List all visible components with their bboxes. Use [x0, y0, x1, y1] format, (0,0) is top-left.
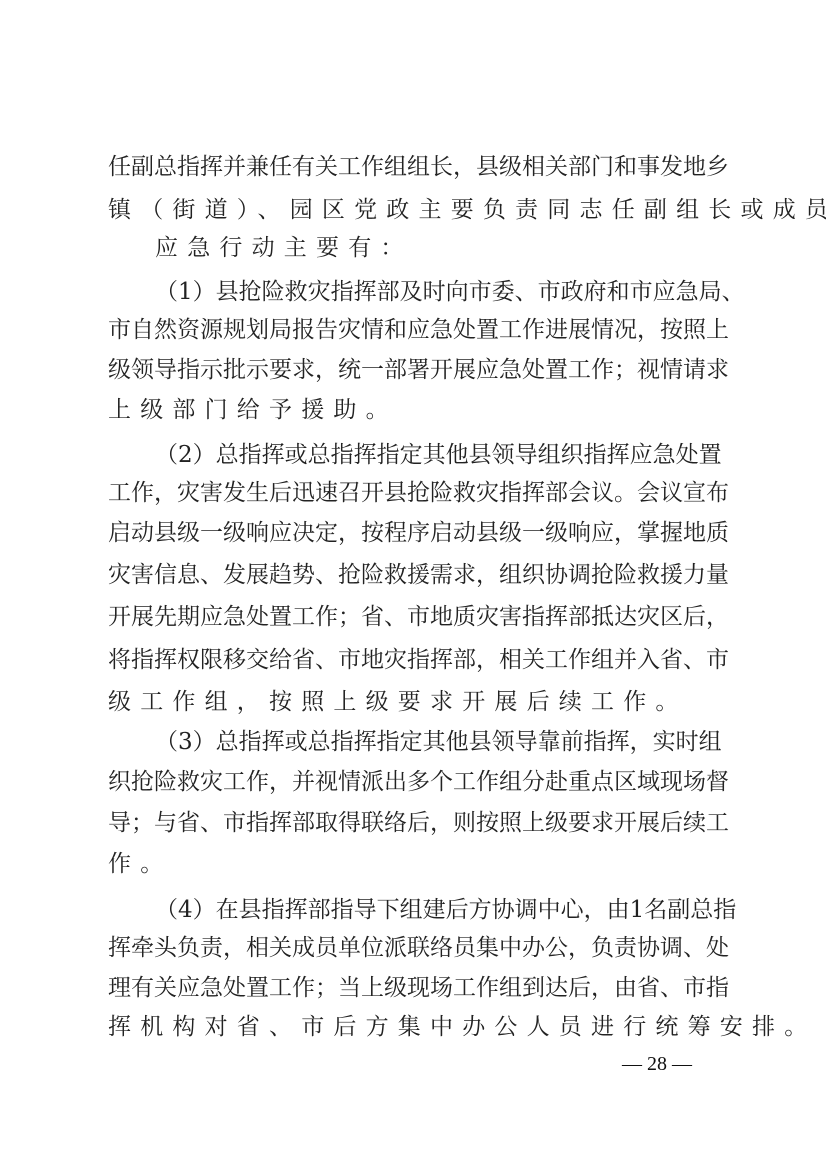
item-1-line-4: 上级部门给予援助。 — [108, 395, 720, 425]
item-2-line-2: 工作，灾害发生后迅速召开县抢险救灾指挥部会议。会议宣布 — [108, 478, 720, 508]
item-2-line-5: 开展先期应急处置工作；省、市地质灾害指挥部抵达灾区后， — [108, 602, 720, 632]
item-4-line-2: 挥牵头负责，相关成员单位派联络员集中办公，负责协调、处 — [108, 933, 720, 963]
page-number: — 28 — — [622, 1050, 712, 1078]
item-2-line-7: 级工作组，按照上级要求开展后续工作。 — [108, 687, 720, 717]
document-page: 任副总指挥并兼任有关工作组组长，县级相关部门和事发地乡 镇（街道）、园区党政主要… — [0, 0, 826, 1168]
section-intro-line: 应急行动主要有： — [155, 233, 720, 263]
item-1-line-1: （1）县抢险救灾指挥部及时向市委、市政府和市应急局、 — [155, 277, 720, 307]
text-line-1: 任副总指挥并兼任有关工作组组长，县级相关部门和事发地乡 — [108, 152, 720, 182]
item-4-line-4: 挥机构对省、市后方集中办公人员进行统筹安排。 — [108, 1012, 720, 1042]
item-2-line-4: 灾害信息、发展趋势、抢险救援需求，组织协调抢险救援力量 — [108, 560, 720, 590]
item-3-line-4: 作。 — [108, 849, 720, 879]
item-1-line-3: 级领导指示批示要求，统一部署开展应急处置工作；视情请求 — [108, 355, 720, 385]
item-2-line-3: 启动县级一级响应决定，按程序启动县级一级响应，掌握地质 — [108, 518, 720, 548]
item-1-line-2: 市自然资源规划局报告灾情和应急处置工作进展情况，按照上 — [108, 315, 720, 345]
item-3-line-3: 导；与省、市指挥部取得联络后，则按照上级要求开展后续工 — [108, 808, 720, 838]
item-3-line-2: 织抢险救灾工作，并视情派出多个工作组分赴重点区域现场督 — [108, 767, 720, 797]
item-2-line-1: （2）总指挥或总指挥指定其他县领导组织指挥应急处置 — [155, 440, 720, 470]
item-4-line-1: （4）在县指挥部指导下组建后方协调中心，由1名副总指 — [155, 895, 720, 925]
item-4-line-3: 理有关应急处置工作；当上级现场工作组到达后，由省、市指 — [108, 973, 720, 1003]
item-3-line-1: （3）总指挥或总指挥指定其他县领导靠前指挥，实时组 — [155, 727, 720, 757]
item-2-line-6: 将指挥权限移交给省、市地灾指挥部，相关工作组并入省、市 — [108, 645, 720, 675]
text-line-2: 镇（街道）、园区党政主要负责同志任副组长或成员。 — [108, 195, 720, 225]
